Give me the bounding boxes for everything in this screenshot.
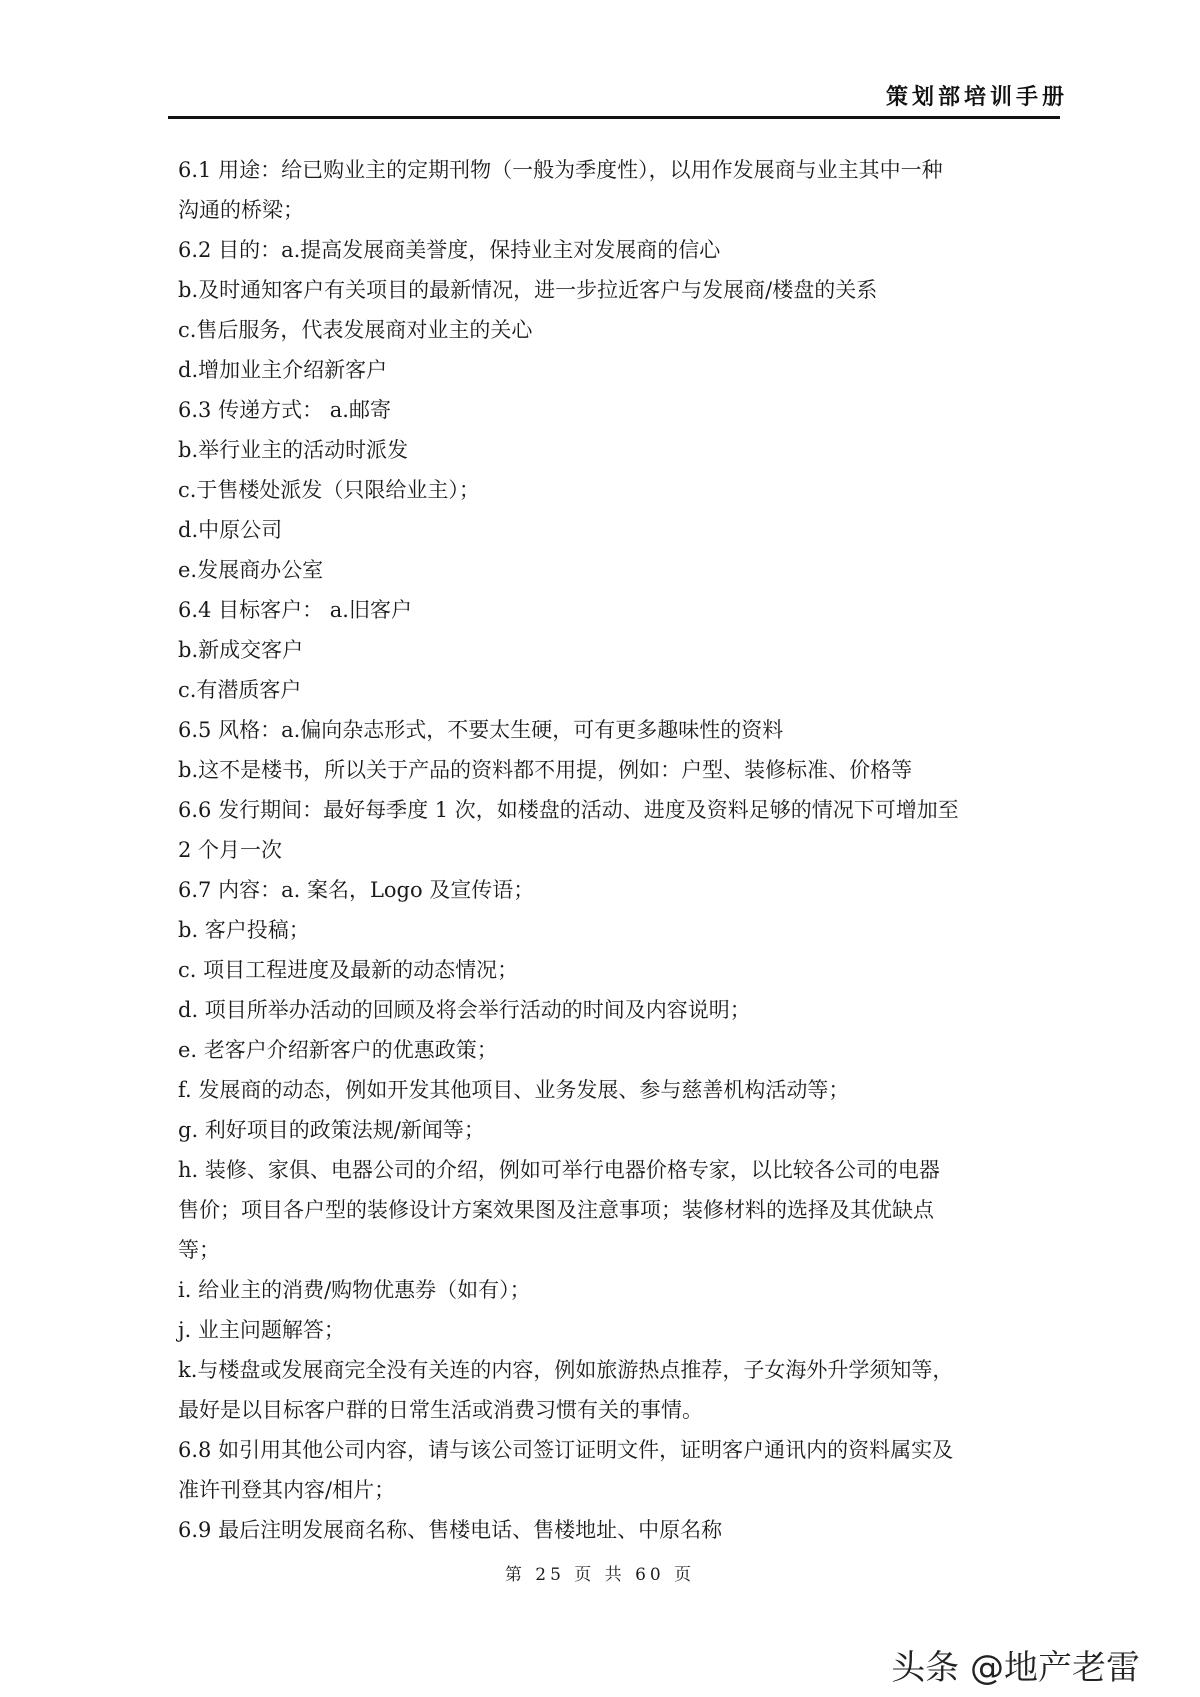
- text-line: e. 老客户介绍新客户的优惠政策；: [178, 1030, 1058, 1070]
- text-line: c.有潜质客户: [178, 670, 1058, 710]
- text-line: b.及时通知客户有关项目的最新情况，进一步拉近客户与发展商/楼盘的关系: [178, 270, 1058, 310]
- text-line: 准许刊登其内容/相片；: [178, 1470, 1058, 1510]
- text-line: 等；: [178, 1230, 1058, 1270]
- text-line: f. 发展商的动态，例如开发其他项目、业务发展、参与慈善机构活动等；: [178, 1070, 1058, 1110]
- text-line: 6.6 发行期间：最好每季度 1 次，如楼盘的活动、进度及资料足够的情况下可增加…: [178, 790, 1058, 830]
- text-line: c.于售楼处派发（只限给业主）；: [178, 470, 1058, 510]
- text-line: b.新成交客户: [178, 630, 1058, 670]
- text-line: g. 利好项目的政策法规/新闻等；: [178, 1110, 1058, 1150]
- text-line: j. 业主问题解答；: [178, 1310, 1058, 1350]
- text-line: 售价；项目各户型的装修设计方案效果图及注意事项；装修材料的选择及其优缺点: [178, 1190, 1058, 1230]
- text-line: e.发展商办公室: [178, 550, 1058, 590]
- text-line: 6.5 风格：a.偏向杂志形式，不要太生硬，可有更多趣味性的资料: [178, 710, 1058, 750]
- text-line: 6.1 用途：给已购业主的定期刊物（一般为季度性），以用作发展商与业主其中一种: [178, 150, 1058, 190]
- text-line: 最好是以目标客户群的日常生活或消费习惯有关的事情。: [178, 1390, 1058, 1430]
- watermark: 头条 @地产老雷: [891, 1640, 1140, 1689]
- text-line: 2 个月一次: [178, 830, 1058, 870]
- text-line: b.举行业主的活动时派发: [178, 430, 1058, 470]
- text-line: 6.2 目的：a.提高发展商美誉度，保持业主对发展商的信心: [178, 230, 1058, 270]
- text-line: 沟通的桥梁；: [178, 190, 1058, 230]
- text-line: b.这不是楼书，所以关于产品的资料都不用提，例如：户型、装修标准、价格等: [178, 750, 1058, 790]
- text-line: d. 项目所举办活动的回顾及将会举行活动的时间及内容说明；: [178, 990, 1058, 1030]
- page-number: 第 25 页 共 60 页: [0, 1560, 1200, 1585]
- text-line: d.增加业主介绍新客户: [178, 350, 1058, 390]
- text-line: c. 项目工程进度及最新的动态情况；: [178, 950, 1058, 990]
- document-body: 6.1 用途：给已购业主的定期刊物（一般为季度性），以用作发展商与业主其中一种沟…: [178, 150, 1058, 1550]
- text-line: 6.3 传递方式： a.邮寄: [178, 390, 1058, 430]
- text-line: 6.9 最后注明发展商名称、售楼电话、售楼地址、中原名称: [178, 1510, 1058, 1550]
- text-line: 6.4 目标客户： a.旧客户: [178, 590, 1058, 630]
- text-line: k.与楼盘或发展商完全没有关连的内容，例如旅游热点推荐，子女海外升学须知等，: [178, 1350, 1058, 1390]
- text-line: h. 装修、家俱、电器公司的介绍，例如可举行电器价格专家，以比较各公司的电器: [178, 1150, 1058, 1190]
- document-header-title: 策划部培训手册: [886, 80, 1068, 111]
- text-line: 6.8 如引用其他公司内容，请与该公司签订证明文件，证明客户通讯内的资料属实及: [178, 1430, 1058, 1470]
- text-line: c.售后服务，代表发展商对业主的关心: [178, 310, 1058, 350]
- text-line: i. 给业主的消费/购物优惠券（如有）；: [178, 1270, 1058, 1310]
- header-divider: [168, 116, 1060, 119]
- text-line: d.中原公司: [178, 510, 1058, 550]
- text-line: b. 客户投稿；: [178, 910, 1058, 950]
- text-line: 6.7 内容：a. 案名，Logo 及宣传语；: [178, 870, 1058, 910]
